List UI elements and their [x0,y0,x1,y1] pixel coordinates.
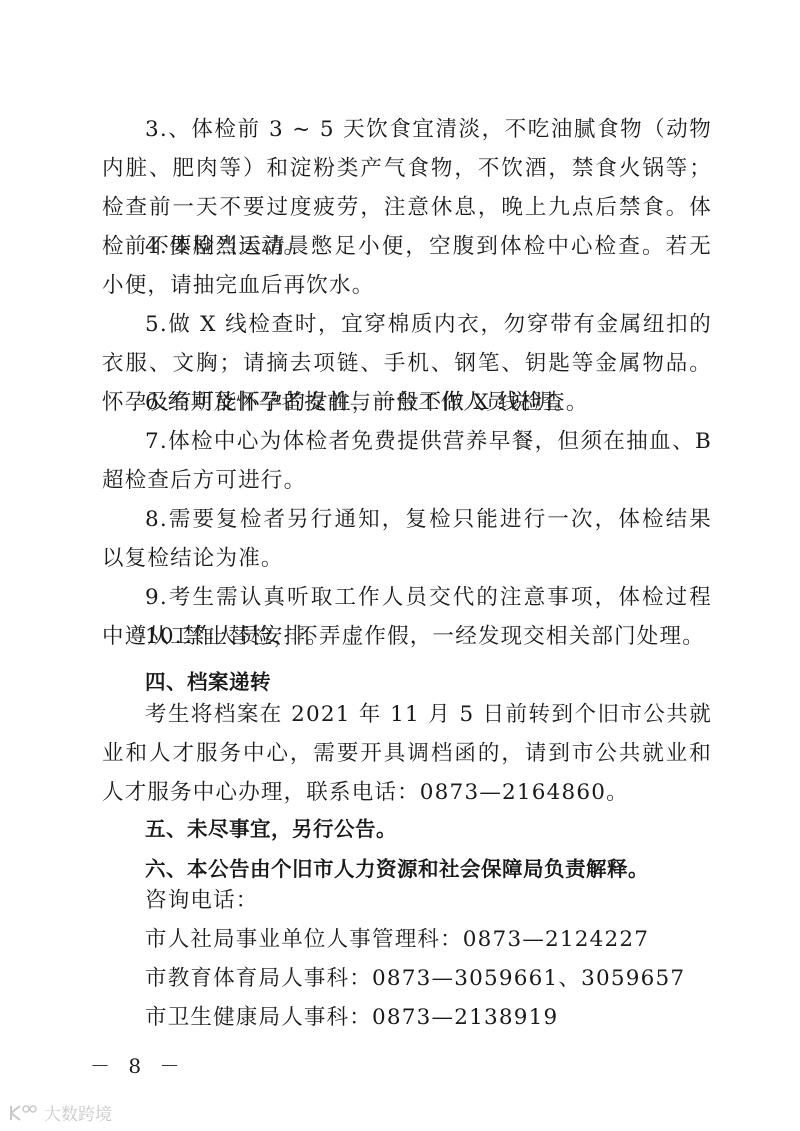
contact-line: 市卫生健康局人事科：0873—2138919 [145,1000,558,1031]
page-number: － 8 － [90,1050,185,1079]
section-4-body: 考生将档案在 2021 年 11 月 5 日前转到个旧市公共就业和人才服务中心，… [102,695,712,812]
section-6-heading: 六、本公告由个旧市人力资源和社会保障局负责解释。 [145,852,649,882]
contact-line: 市人社局事业单位人事管理科：0873—2124227 [145,922,649,953]
contact-line: 市教育体育局人事科：0873—3059661、3059657 [145,961,685,992]
item-7: 7.体检中心为体检者免费提供营养早餐，但须在抽血、B 超检查后方可进行。 [102,422,712,500]
section-4-heading: 四、档案递转 [145,665,271,695]
item-4: 4.体检当天清晨憋足小便，空腹到体检中心检查。若无小便，请抽完血后再饮水。 [102,227,712,305]
item-8: 8.需要复检者另行通知，复检只能进行一次，体检结果以复检结论为准。 [102,500,712,578]
document-page: 3.、体检前 3 ~ 5 天饮食宜清淡，不吃油腻食物（动物内脏、肥肉等）和淀粉类… [0,0,800,1131]
watermark-logo-icon [8,1103,38,1123]
watermark-text: 大数跨境 [44,1100,112,1125]
watermark: 大数跨境 [8,1100,112,1125]
contacts-title: 咨询电话： [145,883,259,914]
item-6: 6.经期及怀孕者提前与前台工作人员说明。 [102,383,712,422]
item-10: 10.禁止替检，不弄虚作假，一经发现交相关部门处理。 [102,617,712,656]
section-5-heading: 五、未尽事宜，另行公告。 [145,812,397,842]
